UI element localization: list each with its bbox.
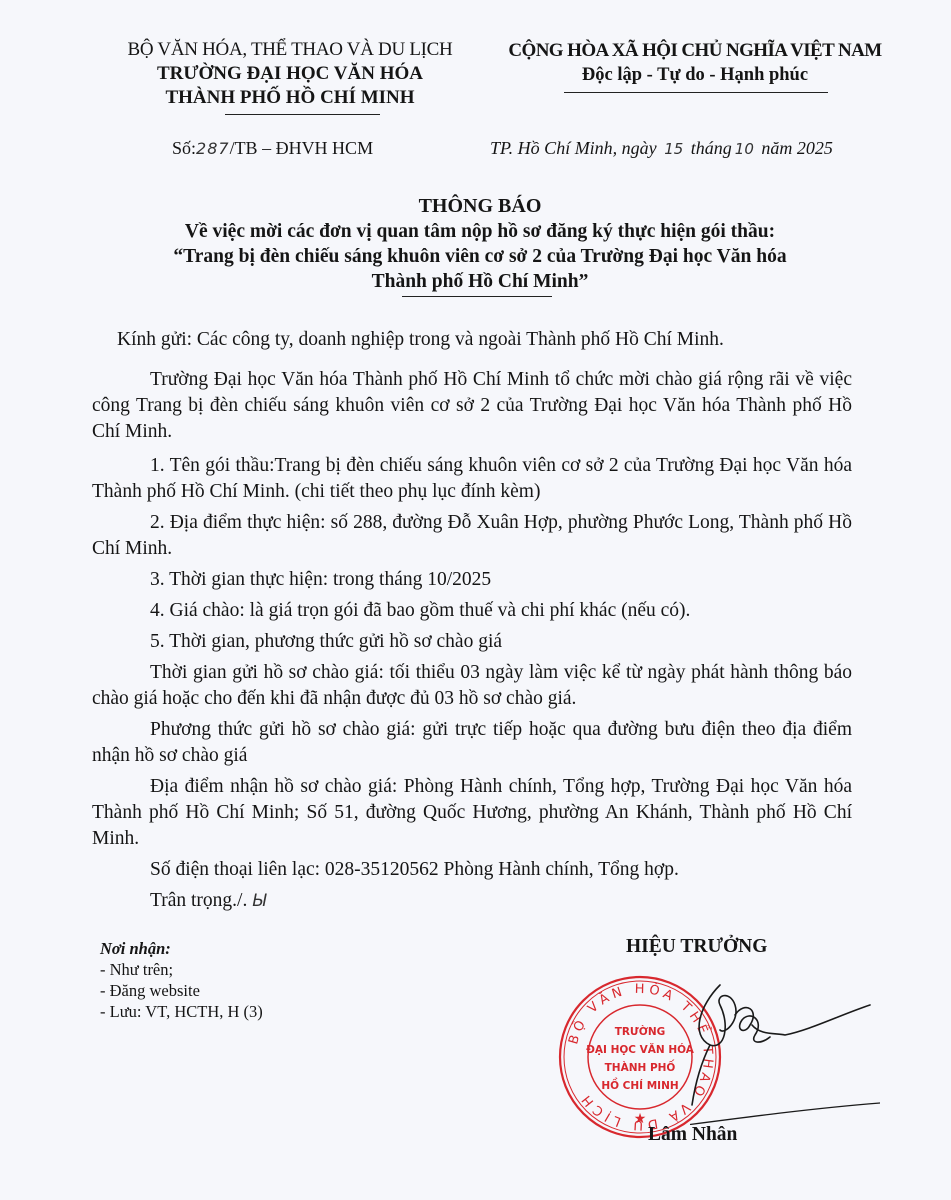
- recipient-item: - Như trên;: [100, 959, 263, 980]
- package-name-line1: “Trang bị đèn chiếu sáng khuôn viên cơ s…: [100, 244, 860, 269]
- recipient-item: - Lưu: VT, HCTH, H (3): [100, 1001, 263, 1022]
- submission-place: Địa điểm nhận hồ sơ chào giá: Phòng Hành…: [92, 774, 852, 852]
- document-body: Kính gửi: Các công ty, doanh nghiệp tron…: [92, 327, 852, 914]
- school-name-line2: THÀNH PHỐ HỒ CHÍ MINH: [100, 86, 480, 110]
- intro-paragraph: Trường Đại học Văn hóa Thành phố Hồ Chí …: [92, 367, 852, 445]
- item-3: 3. Thời gian thực hiện: trong tháng 10/2…: [92, 567, 852, 593]
- greeting: Kính gửi: Các công ty, doanh nghiệp tron…: [92, 327, 852, 353]
- submission-method: Phương thức gửi hồ sơ chào giá: gửi trực…: [92, 717, 852, 769]
- school-name-line1: TRƯỜNG ĐẠI HỌC VĂN HÓA: [100, 62, 480, 86]
- recipients-heading: Nơi nhận:: [100, 938, 263, 959]
- signer-title: HIỆU TRƯỞNG: [626, 936, 767, 958]
- place-and-date: TP. Hồ Chí Minh, ngày 15 tháng10 năm 202…: [490, 138, 833, 159]
- divider: [564, 92, 828, 93]
- document-subject: Về việc mời các đơn vị quan tâm nộp hồ s…: [100, 219, 860, 244]
- svg-text:HỒ CHÍ MINH: HỒ CHÍ MINH: [601, 1077, 678, 1092]
- issuing-authority: BỘ VĂN HÓA, THỂ THAO VÀ DU LỊCH TRƯỜNG Đ…: [100, 38, 480, 110]
- recipient-item: - Đăng website: [100, 980, 263, 1001]
- signer-name: Lâm Nhân: [648, 1124, 737, 1146]
- divider: [402, 296, 552, 297]
- document-number: Số:287/TB – ĐHVH HCM: [172, 138, 373, 159]
- ministry-name: BỘ VĂN HÓA, THỂ THAO VÀ DU LỊCH: [100, 38, 480, 62]
- handwritten-initials: Ы: [252, 891, 266, 911]
- svg-text:THÀNH PHỐ: THÀNH PHỐ: [605, 1059, 676, 1074]
- contact-phone: Số điện thoại liên lạc: 028-35120562 Phò…: [92, 857, 852, 883]
- recipients-list: Nơi nhận: - Như trên; - Đăng website - L…: [100, 938, 263, 1022]
- svg-text:★: ★: [634, 1112, 647, 1127]
- handwritten-month: 10: [732, 140, 757, 158]
- nation-name: CỘNG HÒA XÃ HỘI CHỦ NGHĨA VIỆT NAM: [480, 38, 910, 63]
- package-name-line2: Thành phố Hồ Chí Minh”: [100, 269, 860, 294]
- item-1: 1. Tên gói thầu:Trang bị đèn chiếu sáng …: [92, 453, 852, 505]
- svg-text:TRƯỜNG: TRƯỜNG: [615, 1025, 666, 1038]
- divider: [225, 114, 380, 115]
- submission-time: Thời gian gửi hồ sơ chào giá: tối thiểu …: [92, 660, 852, 712]
- closing: Trân trọng./. Ы: [92, 888, 852, 914]
- national-motto: Độc lập - Tự do - Hạnh phúc: [480, 63, 910, 88]
- svg-text:ĐẠI HỌC VĂN HÓA: ĐẠI HỌC VĂN HÓA: [586, 1043, 695, 1056]
- item-5: 5. Thời gian, phương thức gửi hồ sơ chào…: [92, 629, 852, 655]
- document-title: THÔNG BÁO Về việc mời các đơn vị quan tâ…: [100, 194, 860, 294]
- handwritten-signature: [690, 975, 880, 1125]
- handwritten-day: 15: [661, 140, 686, 158]
- document-type: THÔNG BÁO: [100, 194, 860, 219]
- item-4: 4. Giá chào: là giá trọn gói đã bao gồm …: [92, 598, 852, 624]
- national-header: CỘNG HÒA XÃ HỘI CHỦ NGHĨA VIỆT NAM Độc l…: [480, 38, 910, 88]
- item-2: 2. Địa điểm thực hiện: số 288, đường Đỗ …: [92, 510, 852, 562]
- handwritten-number: 287: [196, 139, 230, 158]
